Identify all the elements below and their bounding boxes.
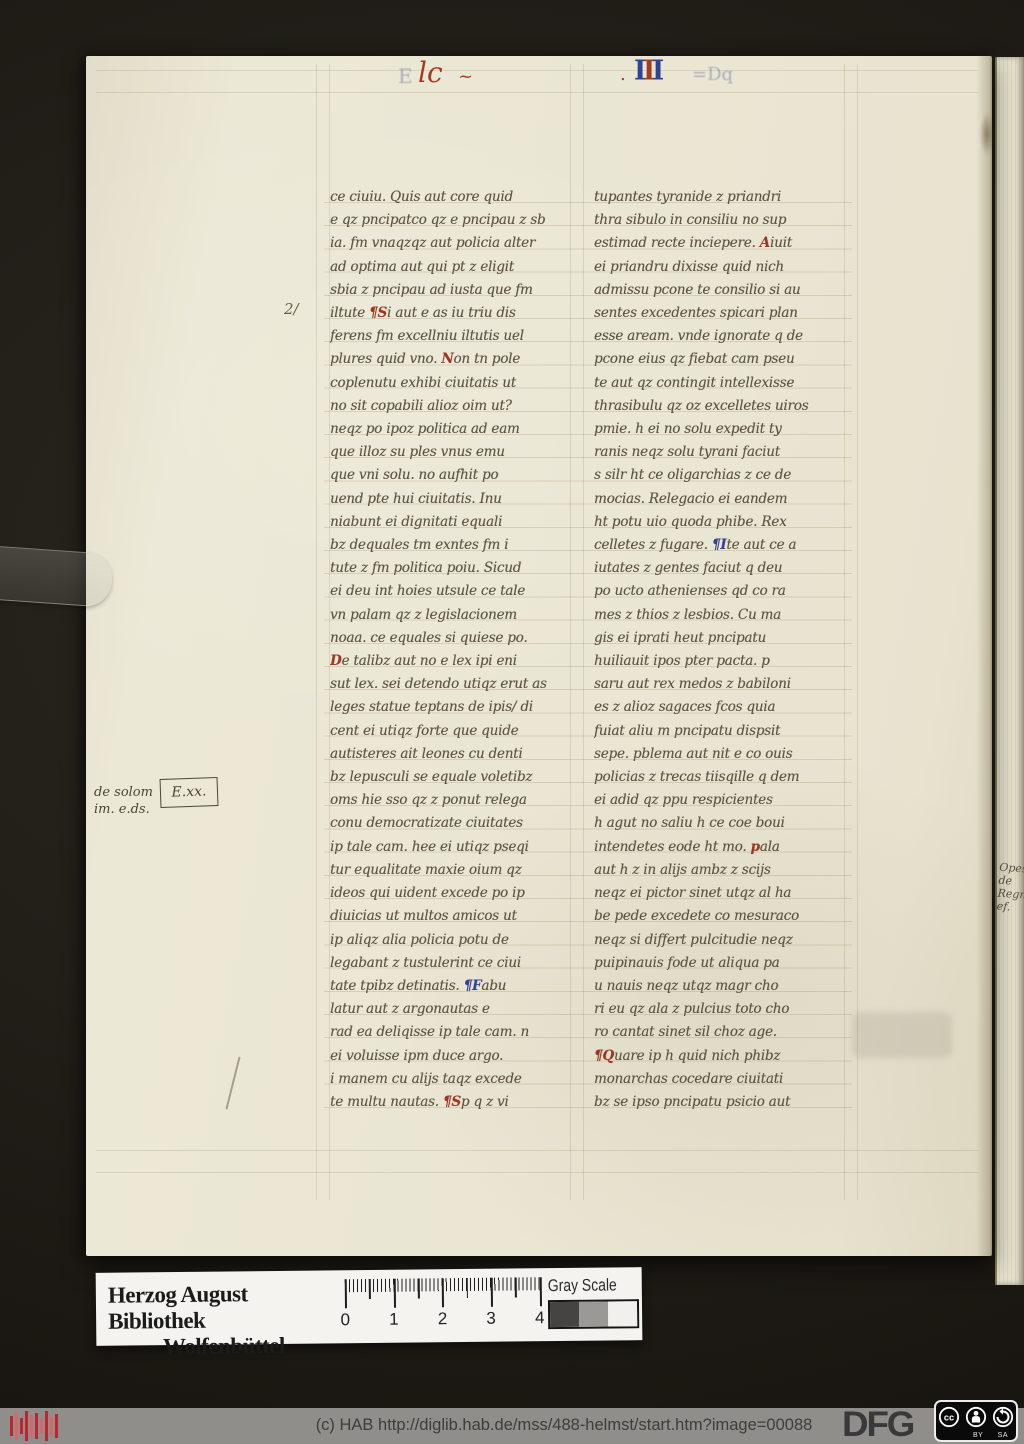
manuscript-line: ro cantat sinet sil choz age. bbox=[594, 1021, 846, 1044]
manuscript-line: niabunt ei dignitati equali bbox=[330, 511, 582, 534]
half-cm-tick bbox=[466, 1278, 468, 1298]
manuscript-line: admissu pcone te consilio si au bbox=[594, 279, 846, 302]
pen-stroke bbox=[225, 1057, 240, 1110]
manuscript-line: ht potu uio quoda phibe. Rex bbox=[594, 511, 846, 534]
manuscript-line: diuicias ut multos amicos ut bbox=[330, 905, 582, 928]
manuscript-line: h agut no saliu h ce coe boui bbox=[594, 812, 846, 835]
ruling-line bbox=[96, 70, 978, 71]
manuscript-line: bz lepusculi se equale voletibz bbox=[330, 766, 582, 789]
manuscript-line: leges statue teptans de ipis/ di bbox=[330, 696, 582, 719]
share-alike-arrow-icon bbox=[992, 1406, 1014, 1428]
cm-tick bbox=[539, 1277, 541, 1306]
manuscript-line: noaa. ce equales si quiese po. bbox=[330, 627, 582, 650]
cm-tick bbox=[491, 1278, 493, 1307]
svg-text:cc: cc bbox=[944, 1413, 954, 1423]
rubric-mark: ¶S bbox=[443, 1094, 461, 1110]
manuscript-line: ia. fm vnaqzqz aut policia alter bbox=[330, 232, 582, 255]
header-dot: . bbox=[620, 64, 626, 85]
institution-name: Herzog August Bibliothek Wolfenbüttel bbox=[96, 1270, 340, 1346]
manuscript-line: esse aream. vnde ignorate q de bbox=[594, 325, 846, 348]
margin-mark: 2/ bbox=[284, 302, 299, 317]
page-clip bbox=[0, 544, 114, 608]
attribution-person-icon bbox=[965, 1406, 987, 1428]
digitized-manuscript-viewer: { "palette":{ "background_dark":"#221f19… bbox=[0, 0, 1024, 1444]
manuscript-line: huiliauit ipos pter pacta. p bbox=[594, 650, 846, 673]
cm-ruler: 01234 bbox=[345, 1268, 540, 1343]
calibration-card: Herzog August Bibliothek Wolfenbüttel 01… bbox=[96, 1267, 643, 1346]
manuscript-line: thrasibulu qz oz excelletes uiros bbox=[594, 395, 846, 418]
manuscript-line: oms hie sso qz z ponut relega bbox=[330, 789, 582, 812]
manuscript-line: aut h z in alijs ambz z scijs bbox=[594, 859, 846, 882]
manuscript-line: ei priandru dixisse quid nich bbox=[594, 256, 846, 279]
manuscript-line: thra sibulo in consiliu no sup bbox=[594, 209, 846, 232]
manuscript-line: iltute ¶Si aut e as iu triu dis bbox=[330, 302, 582, 325]
manuscript-line: coplenutu exhibi ciuitatis ut bbox=[330, 372, 582, 395]
manuscript-line: neqz po ipoz politica ad eam bbox=[330, 418, 582, 441]
manuscript-line: tur equalitate maxie oium qz bbox=[330, 859, 582, 882]
ruling-line bbox=[96, 1172, 978, 1173]
cm-tick bbox=[442, 1278, 444, 1307]
manuscript-line: De talibz aut no e lex ipi eni bbox=[330, 650, 582, 673]
manuscript-line: sentes excedentes spicari plan bbox=[594, 302, 846, 325]
manuscript-line: no sit copabili alioz oim ut? bbox=[330, 395, 582, 418]
manuscript-line: vn palam qz z legislacionem bbox=[330, 604, 582, 627]
manuscript-line: ei deu int hoies utsule ce tale bbox=[330, 580, 582, 603]
manuscript-line: tute z fm politica poiu. Sicud bbox=[330, 557, 582, 580]
manuscript-line: ferens fm excellniu iltutis uel bbox=[330, 325, 582, 348]
cc-license-badge: cc BY SA bbox=[934, 1400, 1018, 1442]
manuscript-line: te aut qz contingit intellexisse bbox=[594, 372, 846, 395]
cm-tick bbox=[345, 1279, 347, 1308]
rubric-mark: p bbox=[751, 839, 760, 855]
rubric-mark: ¶I bbox=[712, 537, 727, 553]
manuscript-line: uend pte hui ciuitatis. Inu bbox=[330, 488, 582, 511]
manuscript-line: gis ei iprati heut pncipatu bbox=[594, 627, 846, 650]
manuscript-line: mes z thios z lesbios. Cu ma bbox=[594, 604, 846, 627]
margin-chapter-box: E.xx. bbox=[160, 777, 219, 808]
manuscript-line: iutates z gentes faciut q deu bbox=[594, 557, 846, 580]
rubric-mark: ¶Q bbox=[594, 1048, 614, 1064]
credit-bar: (c) HAB http://diglib.hab.de/mss/488-hel… bbox=[0, 1408, 1024, 1444]
cm-number: 1 bbox=[384, 1310, 404, 1330]
header-tilde: ~ bbox=[458, 66, 473, 87]
ruling-line bbox=[96, 92, 978, 93]
manuscript-line: ip tale cam. hee ei utiqz pseqi bbox=[330, 836, 582, 859]
manuscript-line: bz se ipso pncipatu psicio aut bbox=[594, 1091, 846, 1114]
manuscript-line: plures quid vno. Non tn pole bbox=[330, 348, 582, 371]
manuscript-line: sbia z pncipau ad iusta que fm bbox=[330, 279, 582, 302]
ruling-line bbox=[96, 1150, 978, 1151]
manuscript-line: i manem cu alijs taqz excede bbox=[330, 1068, 582, 1091]
rubric-mark: ¶S bbox=[369, 305, 387, 321]
manuscript-line: ad optima aut qui pt z eligit bbox=[330, 256, 582, 279]
cc-sa-label: SA bbox=[998, 1432, 1008, 1439]
hab-barcode-icon bbox=[8, 1410, 66, 1442]
ruling-line bbox=[316, 64, 317, 1200]
cm-number: 0 bbox=[335, 1310, 355, 1330]
manuscript-line: te multu nautas. ¶Sp q z vi bbox=[330, 1091, 582, 1114]
manuscript-line: ip aliqz alia policia potu de bbox=[330, 929, 582, 952]
manuscript-line: tupantes tyranide z priandri bbox=[594, 186, 846, 209]
manuscript-line: ce ciuiu. Quis aut core quid bbox=[330, 186, 582, 209]
manuscript-line: intendetes eode ht mo. pala bbox=[594, 836, 846, 859]
numeral-stroke: I bbox=[643, 57, 652, 84]
manuscript-line: ei voluisse ipm duce argo. bbox=[330, 1045, 582, 1068]
manuscript-line: saru aut rex medos z babiloni bbox=[594, 673, 846, 696]
manuscript-line: que vni solu. no aufhit po bbox=[330, 464, 582, 487]
copyright-url-text: (c) HAB http://diglib.hab.de/mss/488-hel… bbox=[316, 1416, 813, 1435]
header-numeral-iii: III bbox=[634, 58, 661, 84]
grayscale-patches bbox=[548, 1299, 639, 1329]
manuscript-line: es z alioz sagaces fcos quia bbox=[594, 696, 846, 719]
dfg-logo: DFG bbox=[842, 1406, 913, 1444]
manuscript-line: legabant z tustulerint ce ciui bbox=[330, 952, 582, 975]
manuscript-line: rad ea deliqisse ip tale cam. n bbox=[330, 1021, 582, 1044]
stain bbox=[980, 112, 994, 156]
manuscript-line: celletes z fugare. ¶Ite aut ce a bbox=[594, 534, 846, 557]
manuscript-line: be pede excedete co mesuraco bbox=[594, 905, 846, 928]
ink-offset-smudge bbox=[852, 1012, 952, 1058]
manuscript-line: monarchas cocedare ciuitati bbox=[594, 1068, 846, 1091]
cc-by-label: BY bbox=[973, 1432, 983, 1439]
half-cm-tick bbox=[369, 1279, 371, 1299]
manuscript-line: u nauis neqz utqz magr cho bbox=[594, 975, 846, 998]
margin-note: de solom im. e.ds. bbox=[94, 784, 153, 818]
numeral-stroke: I bbox=[634, 57, 643, 84]
half-cm-tick bbox=[515, 1277, 517, 1297]
manuscript-line: ideos qui uident excede po ip bbox=[330, 882, 582, 905]
manuscript-line: s silr ht ce oligarchias z ce de bbox=[594, 464, 846, 487]
header-ghost-offset: =Dq bbox=[692, 64, 733, 85]
manuscript-line: cent ei utiqz forte que quide bbox=[330, 720, 582, 743]
manuscript-page: E lc ~ . III =Dq ce ciuiu. Quis aut core… bbox=[86, 56, 992, 1256]
manuscript-line: estimad recte inciepere. Aiuit bbox=[594, 232, 846, 255]
rubric-mark: A bbox=[760, 235, 770, 251]
manuscript-line: mocias. Relegacio ei eandem bbox=[594, 488, 846, 511]
manuscript-line: e qz pncipatco qz e pncipau z sb bbox=[330, 209, 582, 232]
rubric-mark: ¶F bbox=[464, 978, 482, 994]
manuscript-line: conu democratizate ciuitates bbox=[330, 812, 582, 835]
rubric-mark: D bbox=[330, 653, 342, 669]
grayscale-label: Gray Scale bbox=[547, 1275, 625, 1296]
manuscript-line: ei adid qz ppu respicientes bbox=[594, 789, 846, 812]
cm-number: 2 bbox=[432, 1309, 452, 1329]
gray-patch-dark bbox=[550, 1302, 579, 1327]
text-column-right: tupantes tyranide z priandrithra sibulo … bbox=[588, 186, 852, 1114]
book-fore-edge: Opes de Regno' ef. bbox=[995, 57, 1024, 1285]
manuscript-line: ¶Quare ip h quid nich phibz bbox=[594, 1045, 846, 1068]
margin-note-line: de solom bbox=[94, 784, 153, 801]
manuscript-line: neqz si differt pulcitudie neqz bbox=[594, 929, 846, 952]
manuscript-line: tate tpibz detinatis. ¶Fabu bbox=[330, 975, 582, 998]
cm-tick bbox=[393, 1279, 395, 1308]
fore-edge-annotation: Opes de Regno' ef. bbox=[996, 861, 1024, 916]
manuscript-line: pmie. h ei no solu expedit ty bbox=[594, 418, 846, 441]
creative-commons-icon: cc bbox=[938, 1406, 960, 1428]
manuscript-line: policias z trecas tiisqille q dem bbox=[594, 766, 846, 789]
manuscript-line: que illoz su ples vnus emu bbox=[330, 441, 582, 464]
manuscript-line: ranis neqz solu tyrani faciut bbox=[594, 441, 846, 464]
manuscript-line: latur aut z argonautas e bbox=[330, 998, 582, 1021]
manuscript-line: po ucto athenienses qd co ra bbox=[594, 580, 846, 603]
manuscript-line: fuiat aliu m pncipatu dispsit bbox=[594, 720, 846, 743]
grayscale-target: Gray Scale bbox=[547, 1267, 642, 1341]
manuscript-line: ri eu qz ala z pulcius toto cho bbox=[594, 998, 846, 1021]
header-letter-left: lc bbox=[418, 56, 443, 89]
manuscript-line: neqz ei pictor sinet utqz al ha bbox=[594, 882, 846, 905]
institution-line2: Wolfenbüttel bbox=[108, 1332, 339, 1360]
manuscript-line: bz dequales tm exntes fm i bbox=[330, 534, 582, 557]
manuscript-line: puipinauis fode ut aliqua pa bbox=[594, 952, 846, 975]
numeral-stroke: I bbox=[652, 57, 661, 84]
half-cm-tick bbox=[418, 1278, 420, 1298]
manuscript-line: autisteres ait leones cu denti bbox=[330, 743, 582, 766]
manuscript-line: sut lex. sei detendo utiqz erut as bbox=[330, 673, 582, 696]
gray-patch-mid bbox=[579, 1302, 608, 1327]
manuscript-line: pcone eius qz fiebat cam pseu bbox=[594, 348, 846, 371]
manuscript-line: sepe. pblema aut nit e co ouis bbox=[594, 743, 846, 766]
rubric-mark: N bbox=[441, 351, 453, 367]
gray-patch-light bbox=[608, 1301, 637, 1326]
cm-number: 3 bbox=[481, 1309, 501, 1329]
margin-note-line: im. e.ds. bbox=[94, 801, 153, 818]
text-column-left: ce ciuiu. Quis aut core quide qz pncipat… bbox=[324, 186, 588, 1114]
institution-line1: Herzog August Bibliothek bbox=[108, 1280, 340, 1334]
header-ghost-letter: E bbox=[398, 64, 413, 88]
